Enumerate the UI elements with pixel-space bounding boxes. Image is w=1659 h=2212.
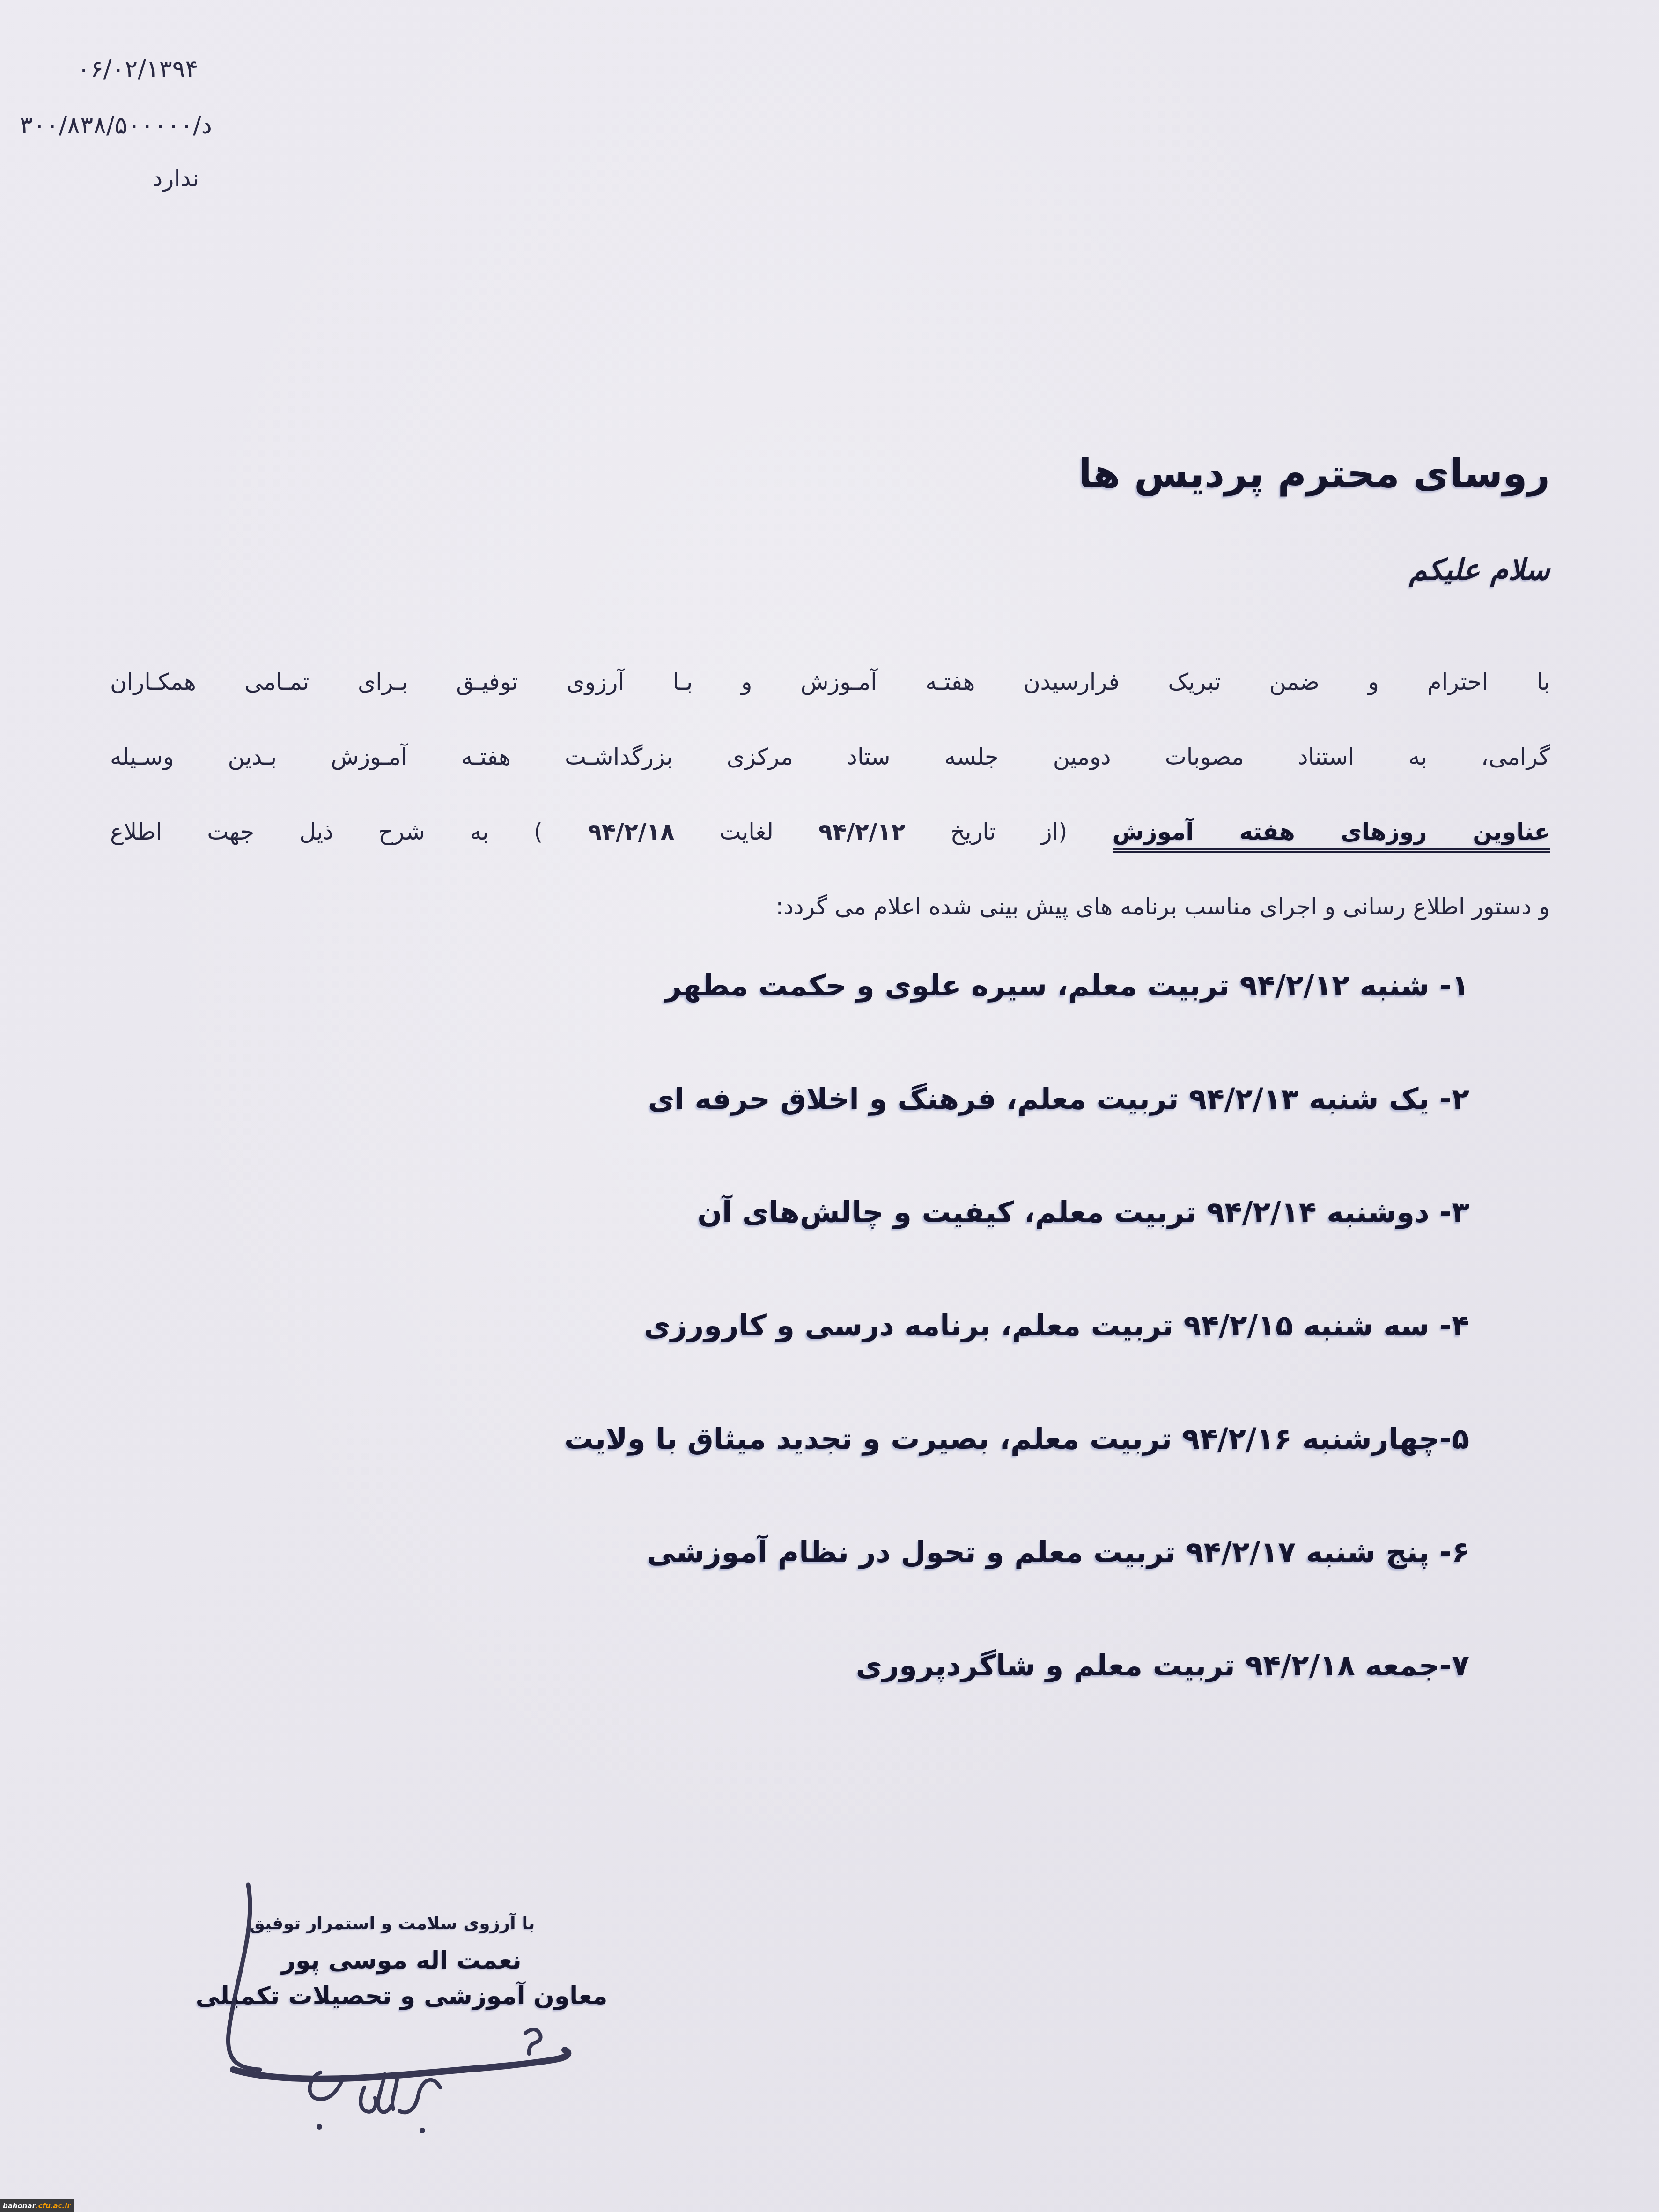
scanned-letter-page: ۰۶/۰۲/۱۳۹۴ ۳۰۰/۸۳۸/۵۰۰۰۰۰/د ندارد روسای … bbox=[0, 0, 1659, 2212]
signer-title: معاون آموزشی و تحصیلات تکمیلی bbox=[187, 1982, 616, 2010]
body-line-3-seg2: لغایت bbox=[674, 818, 818, 845]
body-line-1: با احترام و ضمن تبریک فرارسیدن هفتـه آمـ… bbox=[110, 647, 1550, 722]
signature-block: با آرزوی سلامت و استمرار توفیق نعمت اله … bbox=[187, 1913, 616, 2010]
week-start-date: ۹۴/۲/۱۲ bbox=[818, 818, 905, 845]
schedule-item-1: ۱- شنبه ۹۴/۲/۱۲ تربیت معلم، سیره علوی و … bbox=[665, 968, 1469, 1003]
body-line-3: عناوین روزهای هفته آموزش (از تاریخ ۹۴/۲/… bbox=[110, 797, 1550, 872]
body-line-2: گرامی، به استناد مصوبات دومین جلسه ستاد … bbox=[110, 722, 1550, 797]
schedule-item-7: ۷-جمعه ۹۴/۲/۱۸ تربیت معلم و شاگردپروری bbox=[856, 1648, 1469, 1682]
site-watermark: bahonar.cfu.ac.ir bbox=[0, 2199, 74, 2212]
body-line-4: و دستور اطلاع رسانی و اجرای مناسب برنامه… bbox=[110, 872, 1550, 947]
letter-date-value: ۰۶/۰۲/۱۳۹۴ bbox=[77, 55, 198, 83]
schedule-item-6: ۶- پنج شنبه ۹۴/۲/۱۷ تربیت معلم و تحول در… bbox=[647, 1535, 1469, 1569]
watermark-site-name: bahonar bbox=[3, 2202, 36, 2210]
underlined-phrase: عناوین روزهای هفته آموزش bbox=[1113, 818, 1550, 853]
salutation: سلام علیکم bbox=[1409, 553, 1550, 587]
schedule-item-3: ۳- دوشنبه ۹۴/۲/۱۴ تربیت معلم، کیفیت و چا… bbox=[697, 1195, 1469, 1229]
schedule-item-5: ۵-چهارشنبه ۹۴/۲/۱۶ تربیت معلم، بصیرت و ت… bbox=[564, 1422, 1469, 1456]
schedule-item-4: ۴- سه شنبه ۹۴/۲/۱۵ تربیت معلم، برنامه در… bbox=[644, 1308, 1469, 1342]
letter-date: ۰۶/۰۲/۱۳۹۴ bbox=[77, 55, 198, 83]
letter-body: با احترام و ضمن تبریک فرارسیدن هفتـه آمـ… bbox=[110, 647, 1550, 947]
week-end-date: ۹۴/۲/۱۸ bbox=[588, 818, 674, 845]
attachment-status: ندارد bbox=[152, 165, 199, 192]
body-line-3-seg1: (از تاریخ bbox=[905, 818, 1112, 845]
body-line-3-seg3: ) به شرح ذیل جهت اطلاع bbox=[110, 818, 588, 845]
watermark-site-suffix: .cfu.ac.ir bbox=[36, 2202, 71, 2210]
schedule-item-2: ۲- یک شنبه ۹۴/۲/۱۳ تربیت معلم، فرهنگ و ا… bbox=[648, 1082, 1469, 1116]
signature-wish: با آرزوی سلامت و استمرار توفیق bbox=[187, 1913, 597, 1933]
recipient-title: روسای محترم پردیس ها bbox=[1078, 450, 1550, 496]
signer-name: نعمت اله موسی پور bbox=[187, 1947, 616, 1975]
letter-ref-number-value: ۳۰۰/۸۳۸/۵۰۰۰۰۰/د bbox=[20, 111, 212, 140]
letter-ref-number: ۳۰۰/۸۳۸/۵۰۰۰۰۰/د bbox=[20, 111, 212, 140]
